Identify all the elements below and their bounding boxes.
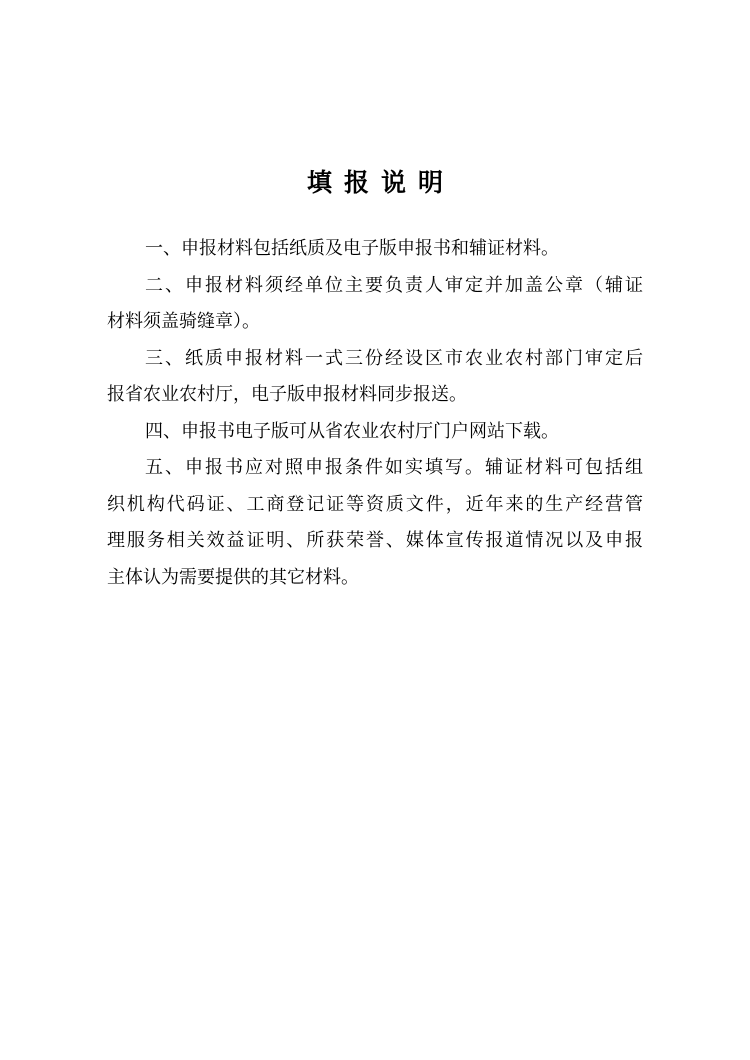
paragraph-line: 理​服​务​相​关​效​益​证​明​、​所​获​荣​誉​、​媒​体​宣​传​报​… xyxy=(107,523,643,560)
paragraph-line: 报省农业农村厅，电子版申报材料同步报送。 xyxy=(107,377,643,414)
paragraph-line: 三​、​纸​质​申​报​材​料​一​式​三​份​经​设​区​市​农​业​农​村​… xyxy=(107,341,643,378)
instructions-body: 一、申报材料包括纸质及电子版申报书和辅证材料。 二​、​申​报​材​料​须​经​… xyxy=(107,231,643,596)
paragraph-line: 五​、​申​报​书​应​对​照​申​报​条​件​如​实​填​写​。​辅​证​材​… xyxy=(107,450,643,487)
document-page: 填报说明 一、申报材料包括纸质及电子版申报书和辅证材料。 二​、​申​报​材​料… xyxy=(0,0,750,1060)
document-title: 填报说明 xyxy=(0,165,750,201)
paragraph-line: 一、申报材料包括纸质及电子版申报书和辅证材料。 xyxy=(107,231,643,268)
paragraph-4: 四、申报书电子版可从省农业农村厅门户网站下载。 xyxy=(107,414,643,451)
paragraph-line: 织​机​构​代​码​证​、​工​商​登​记​证​等​资​质​文​件​，​近​年​… xyxy=(107,487,643,524)
paragraph-5: 五​、​申​报​书​应​对​照​申​报​条​件​如​实​填​写​。​辅​证​材​… xyxy=(107,450,643,596)
paragraph-line: 二​、​申​报​材​料​须​经​单​位​主​要​负​责​人​审​定​并​加​盖​… xyxy=(107,268,643,305)
paragraph-line: 材料须盖骑缝章）。 xyxy=(107,304,643,341)
paragraph-2: 二​、​申​报​材​料​须​经​单​位​主​要​负​责​人​审​定​并​加​盖​… xyxy=(107,268,643,341)
paragraph-line: 主体认为需要提供的其它材料。 xyxy=(107,560,643,597)
paragraph-3: 三​、​纸​质​申​报​材​料​一​式​三​份​经​设​区​市​农​业​农​村​… xyxy=(107,341,643,414)
paragraph-1: 一、申报材料包括纸质及电子版申报书和辅证材料。 xyxy=(107,231,643,268)
paragraph-line: 四、申报书电子版可从省农业农村厅门户网站下载。 xyxy=(107,414,643,451)
